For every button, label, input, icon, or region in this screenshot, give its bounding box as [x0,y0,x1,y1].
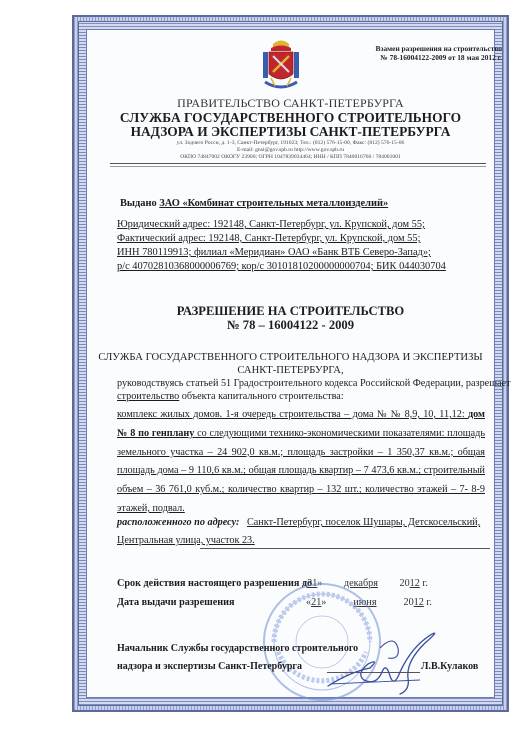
replaces-note-line1: Взамен разрешения на строительство [376,44,502,53]
requisite-accounts: р/с 40702810368000006769; кор/с 30101810… [117,261,446,273]
object-desc-part2: со следующими технико-экономическими пок… [117,428,485,514]
object-location: расположенного по адресу: Санкт-Петербур… [117,514,489,550]
guided-by-line: руководствуясь статьей 51 Градостроитель… [117,377,511,390]
location-label: расположенного по адресу: [117,517,239,528]
construction-word: строительство [117,391,179,402]
header-divider-thin [110,166,486,167]
issued-to: Выдано ЗАО «Комбинат строительных металл… [120,198,388,209]
contact-registry-codes: ОКПО 74847002 ОКОГУ 23900; ОГРН 10478390… [86,154,495,161]
replaces-note-line2: № 78-16004122-2009 от 18 мая 2012 г. [376,53,502,62]
object-description: комплекс жилых домов. 1-я очередь строит… [117,406,485,519]
requisite-actual-address: Фактический адрес: 192148, Санкт-Петербу… [117,233,420,245]
permit-number: № 78 – 16004122 - 2009 [86,318,495,333]
handwritten-signature-icon [320,628,450,696]
authority-line1: СЛУЖБА ГОСУДАРСТВЕННОГО СТРОИТЕЛЬНОГО НА… [86,351,495,364]
header-divider [110,163,486,164]
construction-object-label: объекта капитального строительства: [179,391,343,402]
permits-construction-line: строительство объекта капитального строи… [117,390,344,403]
replaces-previous-permit-note: Взамен разрешения на строительство № 78-… [376,44,502,62]
service-title-line2: НАДЗОРА И ЭКСПЕРТИЗЫ САНКТ-ПЕТЕРБУРГА [86,124,495,139]
signatory-position-line2: надзора и экспертизы Санкт-Петербурга [117,658,302,676]
issue-year-prefix: 20 [403,597,413,608]
issue-year-suffix: 12 [414,597,424,608]
issued-to-label: Выдано [120,198,157,209]
contact-address: ул. Зодчего Росси, д. 1-3, Санкт-Петербу… [86,140,495,147]
authority-line2: САНКТ-ПЕТЕРБУРГА, [86,364,495,377]
valid-until-year-suffix: 12 [410,578,420,589]
year-abbr: г. [422,578,428,589]
issue-date-label: Дата выдачи разрешения [117,597,234,608]
contact-email-web: E-mail: gnsi@gov.spb.ru http://www.gov.s… [86,147,495,154]
location-underline [200,548,490,549]
year-abbr: г. [426,597,432,608]
valid-until-year-prefix: 20 [399,578,409,589]
requisite-inn-bank: ИНН 780119913; филиал «Меридиан» ОАО «Ба… [117,247,431,259]
government-title: ПРАВИТЕЛЬСТВО САНКТ-ПЕТЕРБУРГА [86,96,495,111]
issued-to-company: ЗАО «Комбинат строительных металлоиздели… [159,198,388,209]
permit-title: РАЗРЕШЕНИЕ НА СТРОИТЕЛЬСТВО [86,304,495,319]
requisite-legal-address: Юридический адрес: 192148, Санкт-Петербу… [117,219,425,231]
object-desc-part1: комплекс жилых домов. 1-я очередь строит… [117,409,468,420]
st-petersburg-coat-of-arms-icon [259,38,303,94]
service-title-line1: СЛУЖБА ГОСУДАРСТВЕННОГО СТРОИТЕЛЬНОГО [86,110,495,125]
